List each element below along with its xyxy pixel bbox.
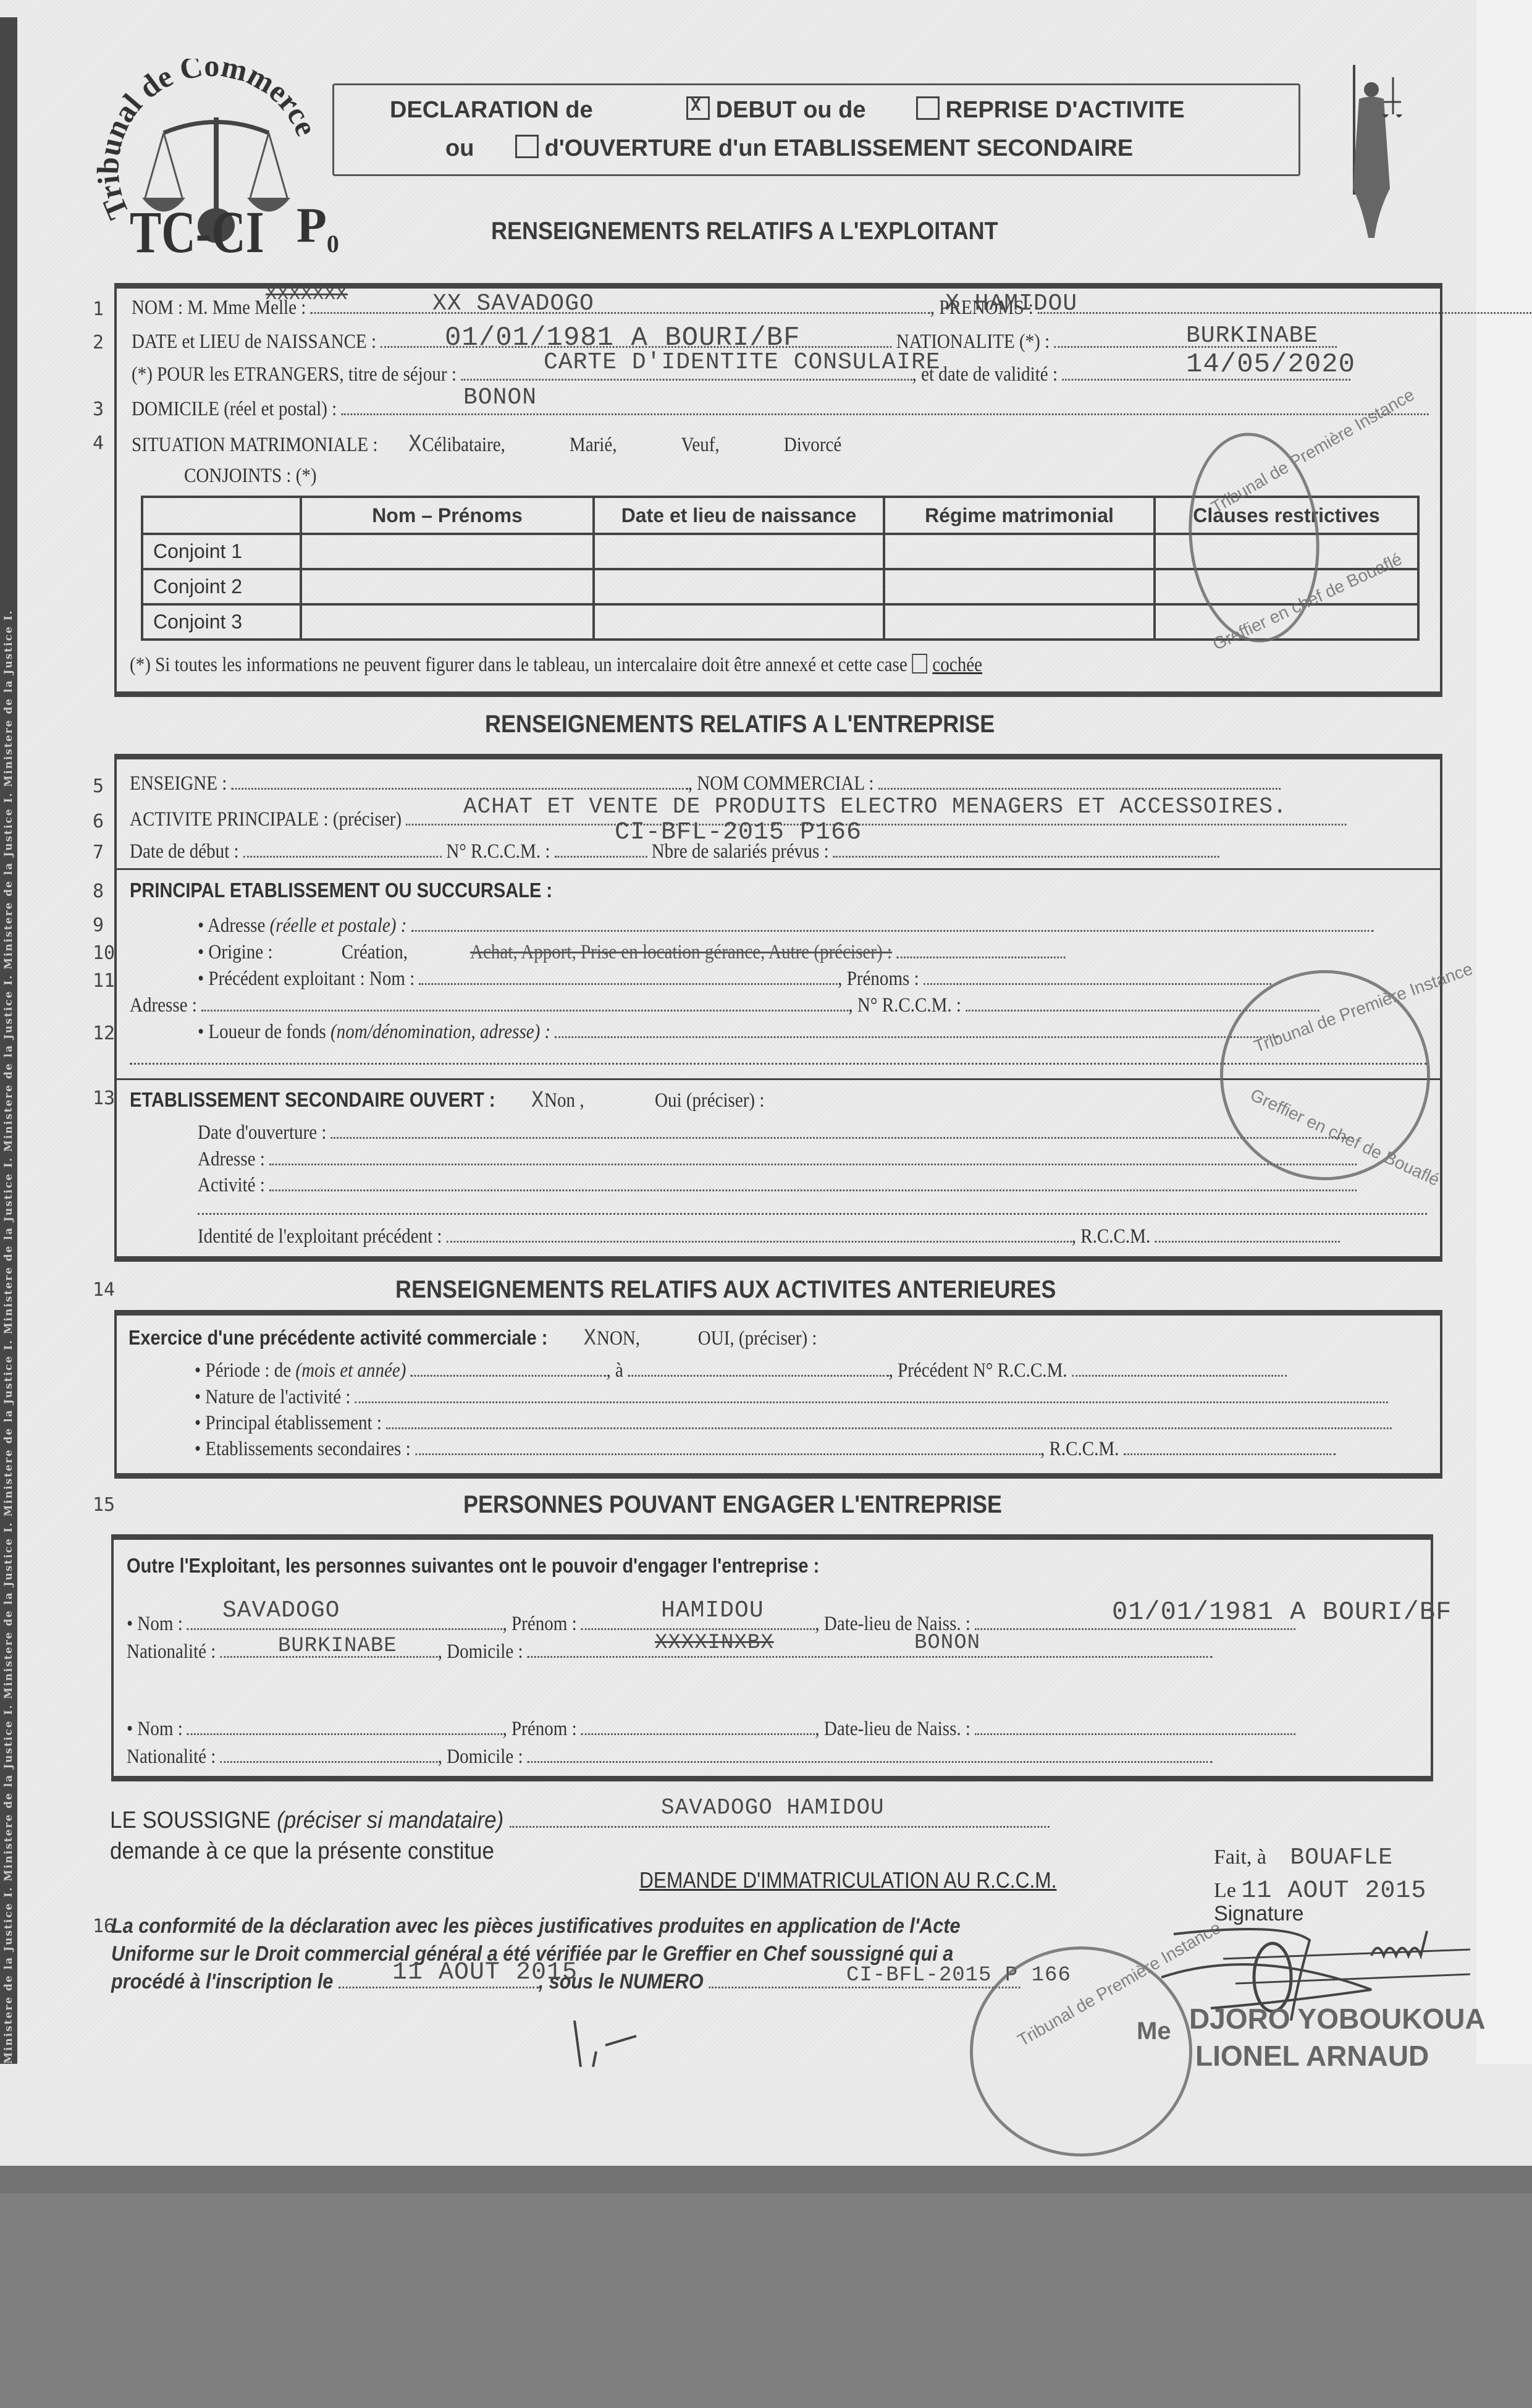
nationalite-value: BURKINABE (1186, 323, 1318, 349)
declaration-line-1: DECLARATION de DEBUT ou de REPRISE D'ACT… (390, 96, 1185, 124)
secondaires-row: • Etablissements secondaires : , R.C.C.M… (195, 1438, 1336, 1461)
person-dom-label: , Domicile : (438, 1746, 523, 1768)
greffier-name-line2: LIONEL ARNAUD (1195, 2039, 1429, 2072)
soussigne-row: LE SOUSSIGNE (préciser si mandataire) (110, 1807, 1050, 1834)
secondaire-row: ETABLISSEMENT SECONDAIRE OUVERT : XNon ,… (130, 1088, 764, 1114)
form-code: P0 (297, 198, 339, 258)
page-bottom-blank (0, 2064, 1532, 2166)
exercice-mark: X (584, 1325, 597, 1352)
table-cell[interactable] (301, 604, 594, 640)
enseigne-field[interactable] (232, 772, 688, 790)
line-number: 8 (93, 881, 104, 902)
engager-intro: Outre l'Exploitant, les personnes suivan… (127, 1554, 819, 1578)
cochee-label: cochée (932, 654, 982, 676)
precedent-label: • Précédent exploitant : Nom : (198, 968, 415, 990)
line-number: 7 (93, 842, 104, 863)
side-watermark-strip: Ministere de la Justice I. Ministere de … (0, 17, 17, 2064)
principal-etab-field[interactable] (386, 1412, 1392, 1429)
exercice-non[interactable]: NON, (597, 1327, 640, 1350)
adresse-row: • Adresse (réelle et postale) : (198, 915, 1373, 937)
loueur-hint: (nom/dénomination, adresse) : (330, 1021, 550, 1043)
line-number: 2 (93, 332, 104, 353)
nom-value: XX SAVADOGO (432, 290, 594, 317)
demande-title: DEMANDE D'IMMATRICULATION AU R.C.C.M. (639, 1867, 1056, 1893)
nom-field[interactable] (311, 297, 930, 314)
person-dom-field[interactable] (528, 1641, 1213, 1658)
rccm2-label: , N° R.C.C.M. : (848, 994, 961, 1016)
le-row: Le 11 AOUT 2015 (1214, 1877, 1426, 1905)
table-cell[interactable] (884, 534, 1155, 569)
person-nom-label: • Nom : (127, 1718, 183, 1740)
person-prenom-label: , Prénom : (503, 1718, 577, 1740)
line-number: 4 (93, 433, 104, 454)
soussigne-label: LE SOUSSIGNE (110, 1807, 271, 1833)
person-nom-label: • Nom : (127, 1613, 183, 1635)
line-number: 13 (93, 1088, 115, 1109)
conjoints-label: CONJOINTS : (*) (184, 465, 317, 488)
inscription-label: procédé à l'inscription le (111, 1970, 333, 1993)
reprise-checkbox[interactable] (916, 96, 940, 120)
rccm-value: CI-BFL-2015 P166 (615, 819, 862, 847)
secondaires-label: • Etablissements secondaires : (195, 1438, 411, 1460)
table-cell[interactable] (594, 534, 884, 569)
prenoms-value: X HAMIDOU (945, 290, 1077, 317)
situation-mark: X (408, 431, 422, 459)
loueur-label: • Loueur de fonds (198, 1021, 326, 1043)
origine-struck-options: Achat, Apport, Prise en location gérance… (470, 941, 892, 963)
identite-rccm-label: , R.C.C.M. (1072, 1225, 1150, 1248)
identite-field[interactable] (447, 1225, 1072, 1243)
domicile-row: DOMICILE (réel et postal) : (132, 398, 1429, 421)
secondaire-title: ETABLISSEMENT SECONDAIRE OUVERT : (130, 1088, 495, 1111)
person-nom-value: SAVADOGO (222, 1597, 340, 1624)
secondaires-field[interactable] (415, 1438, 1040, 1455)
periode-de-field[interactable] (411, 1359, 607, 1377)
person-nat-label: Nationalité : (127, 1641, 216, 1663)
loueur-field[interactable] (555, 1021, 1278, 1038)
person-naiss-label: , Date-lieu de Naiss. : (815, 1718, 970, 1740)
precedent-prenoms-label: , Prénoms : (838, 968, 919, 990)
soussigne-hint: (préciser si mandataire) (277, 1807, 503, 1833)
table-cell[interactable] (884, 604, 1155, 640)
person-nat-label: Nationalité : (127, 1746, 216, 1768)
person-naiss-field[interactable] (975, 1718, 1295, 1735)
fait-label: Fait, à (1214, 1846, 1266, 1869)
scan-margin (1476, 0, 1532, 2166)
origine-row: • Origine : Création, Achat, Apport, Pri… (198, 941, 1065, 964)
handwritten-mark-icon (568, 2021, 692, 2067)
option-divorce[interactable]: Divorcé (784, 434, 842, 456)
person-prenom-value: HAMIDOU (661, 1597, 764, 1624)
section-title-anterieures: RENSEIGNEMENTS RELATIFS AUX ACTIVITES AN… (395, 1276, 1056, 1304)
declaration-line-2: ou d'OUVERTURE d'un ETABLISSEMENT SECOND… (445, 135, 1133, 162)
demande-text: demande à ce que la présente constitue (110, 1838, 494, 1865)
activite-value: ACHAT ET VENTE DE PRODUITS ELECTRO MENAG… (463, 794, 1287, 819)
person-prenom-label: , Prénom : (503, 1613, 577, 1635)
declaration-prefix: DECLARATION de (390, 97, 593, 123)
person-dom-field[interactable] (528, 1746, 1213, 1763)
situation-label: SITUATION MATRIMONIALE : (132, 434, 377, 456)
debut-checkbox[interactable] (686, 96, 710, 120)
rccm-label: N° R.C.C.M. : (446, 840, 550, 863)
table-header (142, 497, 301, 534)
footnote-row: (*) Si toutes les informations ne peuven… (130, 654, 982, 677)
line-number: 15 (93, 1494, 115, 1516)
person-prenom-field[interactable] (581, 1718, 815, 1735)
naissance-label: DATE et LIEU de NAISSANCE : (132, 331, 376, 353)
table-cell[interactable] (594, 569, 884, 604)
table-cell[interactable] (301, 534, 594, 569)
person-dom-struck: XXXXINXBX (655, 1631, 774, 1655)
precedent-rccm-label: , Précédent N° R.C.C.M. (889, 1359, 1067, 1382)
date-ouverture-label: Date d'ouverture : (198, 1122, 326, 1144)
sec-activite-field[interactable] (269, 1174, 1357, 1191)
section-title-engager: PERSONNES POUVANT ENGAGER L'ENTREPRISE (463, 1491, 1002, 1519)
situation-row: SITUATION MATRIMONIALE : XCélibataire, M… (132, 431, 841, 459)
sejour-value: CARTE D'IDENTITE CONSULAIRE (544, 349, 941, 376)
option-veuf[interactable]: Veuf, (681, 434, 720, 456)
adresse2-row: Adresse : , N° R.C.C.M. : (130, 994, 1319, 1017)
nom-commercial-label: , NOM COMMERCIAL : (688, 772, 874, 795)
secondaire-non[interactable]: Non (544, 1089, 575, 1112)
sec-adresse-field[interactable] (269, 1148, 1357, 1165)
adresse2-label: Adresse : (130, 994, 197, 1016)
declaration-type-box: DECLARATION de DEBUT ou de REPRISE D'ACT… (332, 83, 1300, 176)
periode-row: • Période : de (mois et année) , à , Pré… (195, 1359, 1287, 1382)
date-debut-field[interactable] (243, 840, 442, 858)
fait-row: Fait, à BOUAFLE (1214, 1844, 1393, 1871)
periode-a-label: , à (606, 1359, 623, 1382)
section-title-entreprise: RENSEIGNEMENTS RELATIFS A L'ENTREPRISE (485, 711, 995, 738)
line-number: 14 (93, 1279, 115, 1301)
identite-label: Identité de l'exploitant précédent : (198, 1225, 442, 1248)
person-dom-value: BONON (914, 1631, 980, 1655)
nature-label: • Nature de l'activité : (195, 1386, 350, 1408)
sec-activite-label: Activité : (198, 1174, 265, 1196)
table-header: Régime matrimonial (884, 497, 1155, 534)
line-number: 12 (93, 1023, 115, 1044)
debut-label: DEBUT ou de (716, 97, 866, 123)
line-number: 1 (93, 298, 104, 320)
exercice-row: Exercice d'une précédente activité comme… (128, 1325, 817, 1352)
origine-creation[interactable]: Création, (342, 941, 408, 963)
date-ouverture-row: Date d'ouverture : (198, 1122, 1353, 1144)
nom-struck-value: XXXXXXX (266, 284, 348, 305)
inscription-date-value: 11 AOUT 2015 (392, 1959, 578, 1987)
row-label: Conjoint 3 (142, 604, 301, 640)
lady-justice-icon (1340, 65, 1402, 244)
le-value: 11 AOUT 2015 (1241, 1877, 1426, 1905)
origine-label: • Origine : (198, 941, 272, 963)
intercalaire-checkbox[interactable] (912, 654, 927, 674)
periode-hint: (mois et année) (295, 1359, 406, 1382)
nature-row: • Nature de l'activité : (195, 1386, 1388, 1409)
adresse-label: • Adresse (198, 915, 265, 937)
reprise-label: REPRISE D'ACTIVITE (946, 97, 1185, 123)
declaration-ou: ou (445, 135, 474, 161)
secondaires-rccm-field[interactable] (1124, 1438, 1336, 1455)
precedent-nom-field[interactable] (419, 968, 838, 985)
date-debut-label: Date de début : (130, 840, 239, 863)
precedent-rccm-field[interactable] (1072, 1359, 1287, 1377)
enseigne-row: ENSEIGNE : , NOM COMMERCIAL : (130, 772, 1281, 795)
person-nat-field[interactable] (221, 1746, 438, 1763)
row-label: Conjoint 2 (142, 569, 301, 604)
nom-commercial-field[interactable] (878, 772, 1281, 790)
footnote-text: (*) Si toutes les informations ne peuven… (130, 654, 907, 676)
person-nat-value: BURKINABE (278, 1634, 397, 1658)
domicile-label: DOMICILE (réel et postal) : (132, 398, 337, 420)
person-dom-label: , Domicile : (438, 1641, 523, 1663)
exercice-label: Exercice d'une précédente activité comme… (128, 1326, 547, 1349)
table-header: Nom – Prénoms (301, 497, 594, 534)
precedent-row: • Précédent exploitant : Nom : , Prénoms… (198, 968, 1271, 991)
periode-label: • Période : de (195, 1359, 291, 1382)
line-number: 9 (93, 915, 104, 936)
date-ouverture-field[interactable] (331, 1122, 1353, 1139)
identite-row: Identité de l'exploitant précédent : , R… (198, 1225, 1340, 1248)
ouverture-checkbox[interactable] (515, 135, 539, 158)
side-watermark-text: Ministere de la Justice I. Ministere de … (1, 17, 16, 2064)
adresse2-field[interactable] (201, 994, 848, 1012)
le-label: Le (1214, 1879, 1236, 1902)
line-number: 11 (93, 970, 115, 992)
enseigne-label: ENSEIGNE : (130, 772, 227, 795)
sec-activite-row: Activité : (198, 1174, 1357, 1197)
table-cell[interactable] (301, 569, 594, 604)
validite-value: 14/05/2020 (1186, 349, 1355, 380)
scanner-band (0, 2166, 1532, 2194)
adresse-hint: (réelle et postale) : (270, 915, 407, 937)
secondaires-rccm-label: , R.C.C.M. (1040, 1438, 1119, 1460)
greffier-name-line1: DJORO YOBOUKOUA (1189, 2003, 1486, 2035)
ouverture-label: d'OUVERTURE d'un ETABLISSEMENT SECONDAIR… (545, 135, 1134, 161)
form-code-sub: 0 (327, 230, 339, 258)
line-number: 5 (93, 775, 104, 797)
periode-a-field[interactable] (628, 1359, 888, 1377)
secondaire-mark: X (531, 1088, 544, 1114)
option-celibataire[interactable]: Célibataire, (422, 434, 505, 456)
line-number: 3 (93, 399, 104, 420)
table-cell[interactable] (594, 604, 884, 640)
person-2-row-1: • Nom : , Prénom : , Date-lieu de Naiss.… (127, 1718, 1295, 1741)
loueur-row: • Loueur de fonds (nom/dénomination, adr… (198, 1021, 1278, 1044)
tribunal-stamp: Tribunal de Première Instance (970, 1946, 1192, 2157)
precedent-prenoms-field[interactable] (924, 968, 1271, 985)
form-code-letter: P (297, 198, 327, 253)
line-number: 10 (93, 942, 115, 964)
section-title-exploitant: RENSEIGNEMENTS RELATIFS A L'EXPLOITANT (491, 218, 998, 245)
prenoms-field[interactable] (1038, 297, 1532, 314)
domicile-value: BONON (463, 384, 537, 411)
sec-adresse-label: Adresse : (198, 1148, 265, 1170)
principal-etab-label: • Principal établissement : (195, 1412, 382, 1434)
greffier-stamp-name: DJORO YOBOUKOUA (1189, 2002, 1486, 2035)
logo-acronym: TC-CI (130, 198, 264, 266)
divider (117, 868, 1440, 870)
fait-value: BOUAFLE (1290, 1844, 1393, 1871)
secondaire-oui[interactable]: Oui (préciser) : (655, 1089, 764, 1112)
exercice-oui[interactable]: OUI, (préciser) : (698, 1327, 817, 1350)
activite-label: ACTIVITE PRINCIPALE : (préciser) (130, 808, 402, 830)
principal-etab-row: • Principal établissement : (195, 1412, 1392, 1435)
line-number: 6 (93, 811, 104, 832)
origine-field[interactable] (896, 941, 1065, 958)
table-cell[interactable] (884, 569, 1155, 604)
tribunal-stamp: Tribunal de Première Instance Greffier e… (1220, 970, 1430, 1180)
option-marie[interactable]: Marié, (570, 434, 617, 456)
person-2-row-2: Nationalité : , Domicile : (127, 1746, 1213, 1768)
row-label: Conjoint 1 (142, 534, 301, 569)
conformite-line1: La conformité de la déclaration avec les… (111, 1912, 1020, 1940)
identite-rccm-field[interactable] (1155, 1225, 1340, 1243)
principal-title: PRINCIPAL ETABLISSEMENT OU SUCCURSALE : (130, 879, 552, 902)
person-nom-field[interactable] (187, 1718, 502, 1735)
soussigne-value: SAVADOGO HAMIDOU (661, 1795, 885, 1820)
sec-adresse-row: Adresse : (198, 1148, 1357, 1171)
nature-field[interactable] (355, 1386, 1388, 1403)
salaries-field[interactable] (833, 840, 1219, 858)
table-header: Date et lieu de naissance (594, 497, 884, 534)
person-naiss-value: 01/01/1981 A BOURI/BF (1112, 1597, 1452, 1627)
etrangers-label: (*) POUR les ETRANGERS, titre de séjour … (132, 363, 457, 386)
sec-activite-field-line2[interactable] (198, 1213, 1427, 1215)
adresse-field[interactable] (411, 915, 1374, 932)
